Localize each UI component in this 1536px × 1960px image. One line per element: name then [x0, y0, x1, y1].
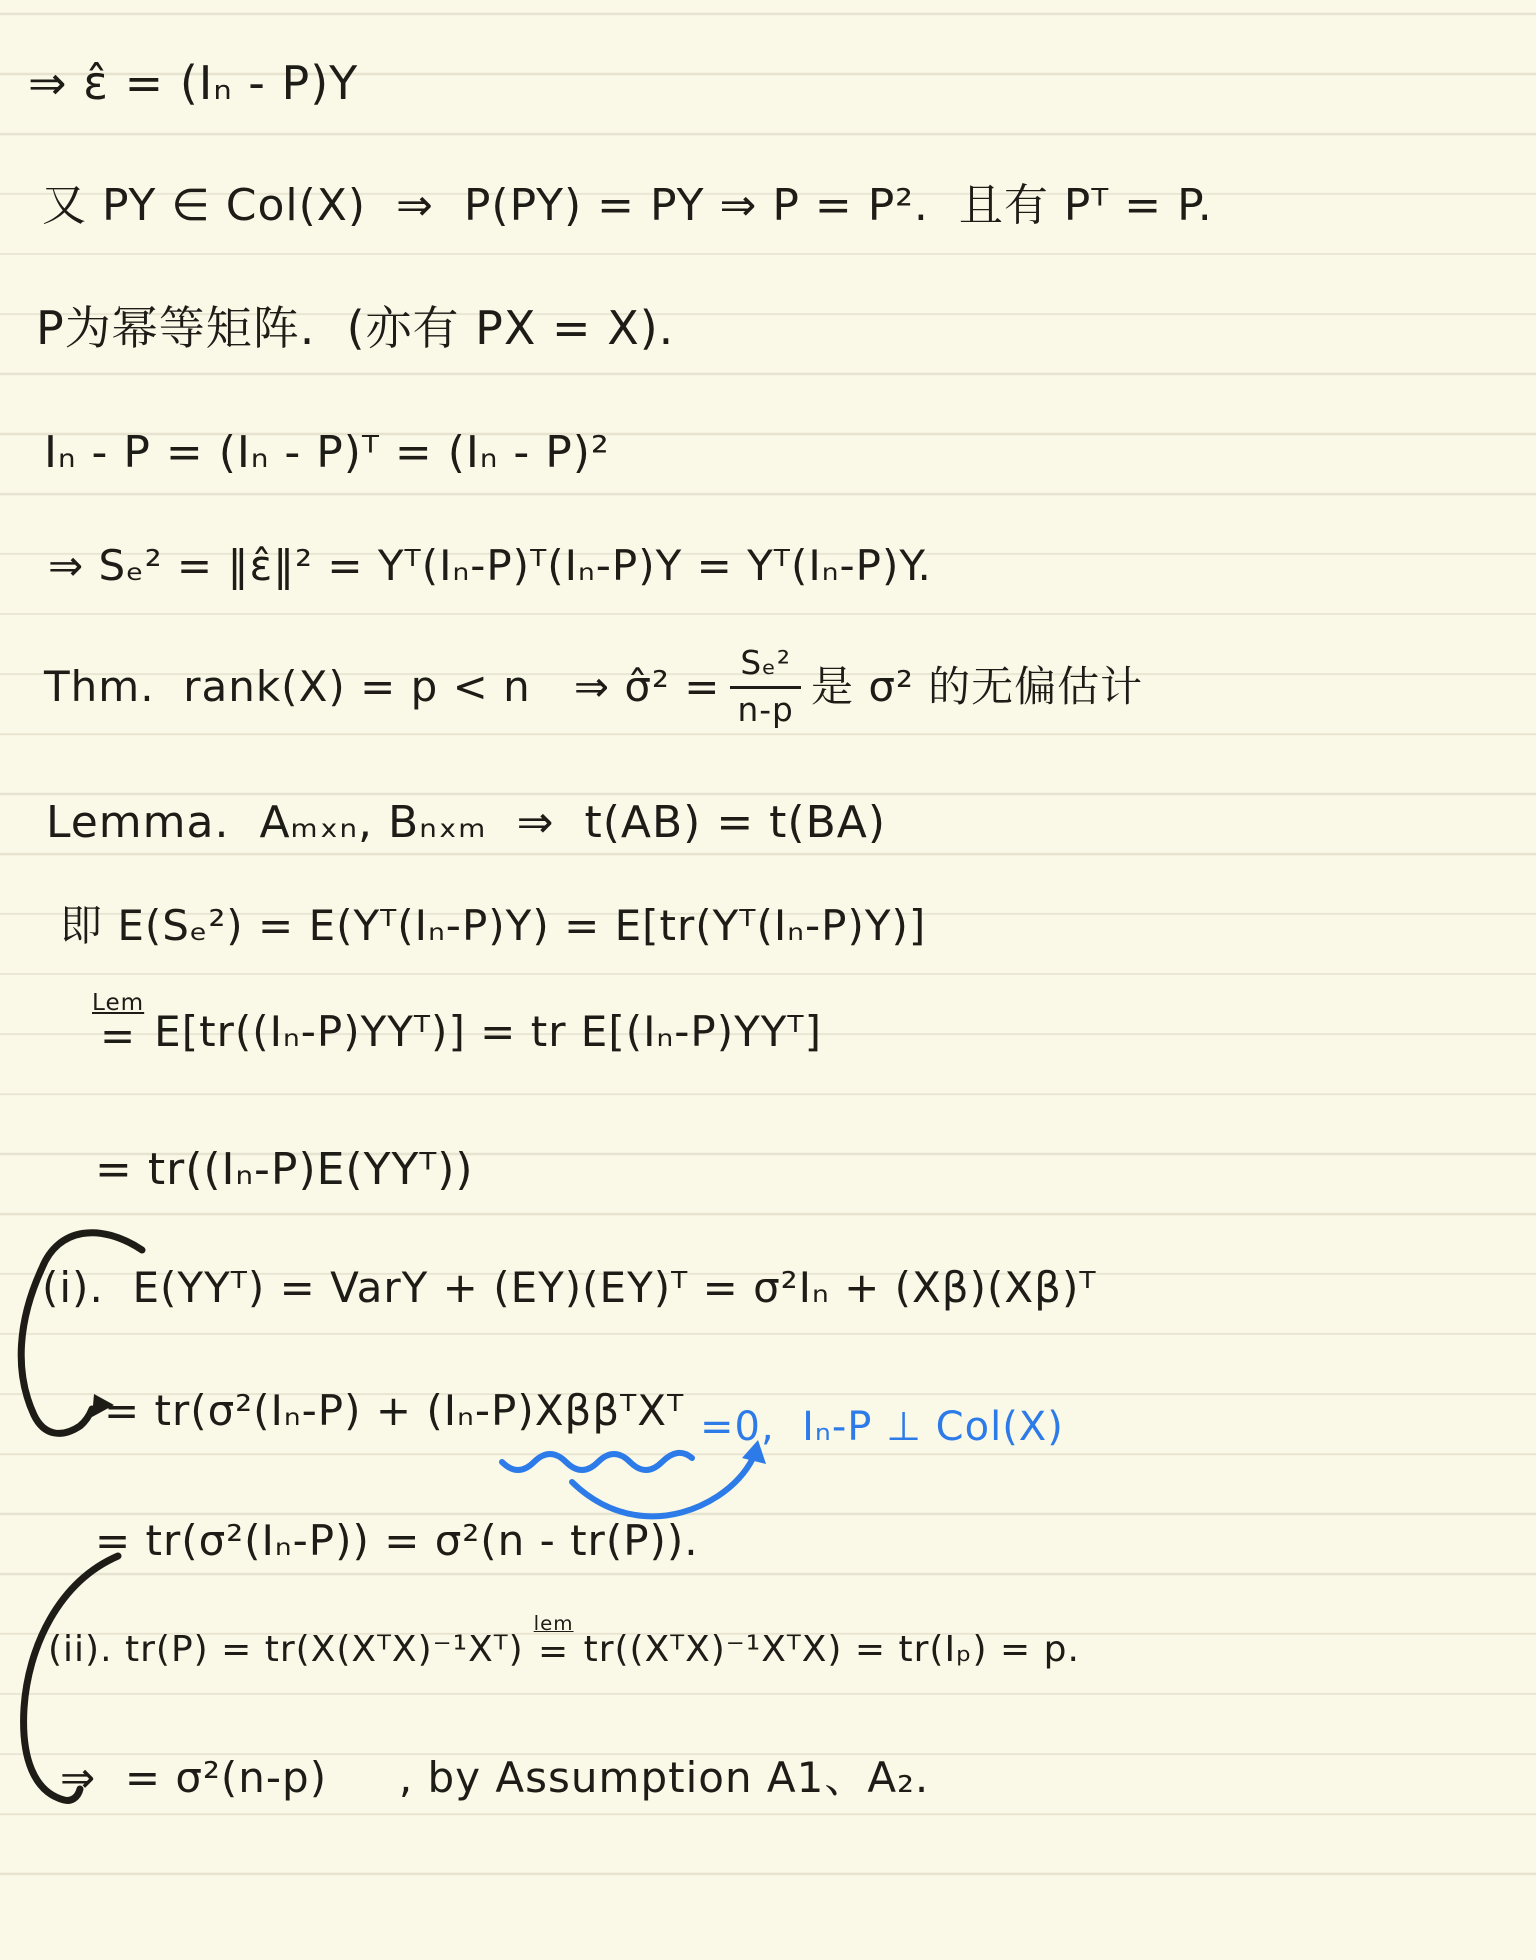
formula-line-2: 又 PY ∈ Col(X) ⇒ P(PY) = PY ⇒ P = P². 且有 …: [42, 178, 1213, 233]
blue-wavy-underline: [502, 1453, 692, 1470]
blue-annotation-zero: =0, Iₙ-P ⊥ Col(X): [700, 1402, 1064, 1452]
lemma-annotated-equals-2: lem =: [534, 1614, 574, 1670]
fraction-se2-over-np: Sₑ² n-p: [730, 645, 801, 729]
formula-line-3: P为幂等矩阵. (亦有 PX = X).: [36, 300, 674, 358]
formula-line-9-rest: E[tr((Iₙ-P)YYᵀ)] = tr E[(Iₙ-P)YYᵀ]: [154, 1006, 822, 1059]
formula-line-14-part1: (ii). tr(P) = tr(X(XᵀX)⁻¹Xᵀ): [48, 1627, 524, 1672]
formula-line-15-conclusion: ⇒ = σ²(n-p) , by Assumption A1、A₂.: [60, 1752, 929, 1805]
formula-line-8: 即 E(Sₑ²) = E(Yᵀ(Iₙ-P)Y) = E[tr(Yᵀ(Iₙ-P)Y…: [60, 900, 926, 953]
formula-line-14-case-ii: (ii). tr(P) = tr(X(XᵀX)⁻¹Xᵀ) lem = tr((X…: [48, 1622, 1080, 1678]
equals-sign-2: =: [538, 1634, 569, 1670]
fraction-numerator: Sₑ²: [730, 645, 801, 689]
formula-line-5: ⇒ Sₑ² = ‖ε̂‖² = Yᵀ(Iₙ-P)ᵀ(Iₙ-P)Y = Yᵀ(Iₙ…: [48, 540, 932, 593]
lemma-annotated-equals: Lem =: [92, 992, 144, 1057]
theorem-text-after: 是 σ² 的无偏估计: [811, 661, 1143, 714]
equals-sign: =: [100, 1015, 136, 1057]
fraction-denominator: n-p: [737, 689, 793, 730]
notebook-page: ⇒ ε̂ = (Iₙ - P)Y 又 PY ∈ Col(X) ⇒ P(PY) =…: [0, 0, 1536, 1960]
formula-line-6-theorem: Thm. rank(X) = p < n ⇒ σ̂² = Sₑ² n-p 是 σ…: [44, 645, 1143, 729]
formula-line-7-lemma: Lemma. Aₘₓₙ, Bₙₓₘ ⇒ t(AB) = t(BA): [46, 795, 886, 850]
formula-line-10: = tr((Iₙ-P)E(YYᵀ)): [95, 1142, 474, 1197]
formula-line-12: = tr(σ²(Iₙ-P) + (Iₙ-P)XββᵀXᵀ: [104, 1385, 684, 1438]
theorem-text-before: Thm. rank(X) = p < n ⇒ σ̂² =: [44, 661, 720, 714]
formula-line-9: Lem = E[tr((Iₙ-P)YYᵀ)] = tr E[(Iₙ-P)YYᵀ]: [82, 1000, 822, 1065]
formula-line-14-part2: tr((XᵀX)⁻¹XᵀX) = tr(Iₚ) = p.: [584, 1627, 1080, 1672]
formula-line-13: = tr(σ²(Iₙ-P)) = σ²(n - tr(P)).: [95, 1515, 699, 1568]
formula-line-4: Iₙ - P = (Iₙ - P)ᵀ = (Iₙ - P)²: [44, 425, 610, 480]
formula-line-11-case-i: (i). E(YYᵀ) = VarY + (EY)(EY)ᵀ = σ²Iₙ + …: [42, 1262, 1097, 1315]
formula-line-1: ⇒ ε̂ = (Iₙ - P)Y: [28, 55, 358, 113]
